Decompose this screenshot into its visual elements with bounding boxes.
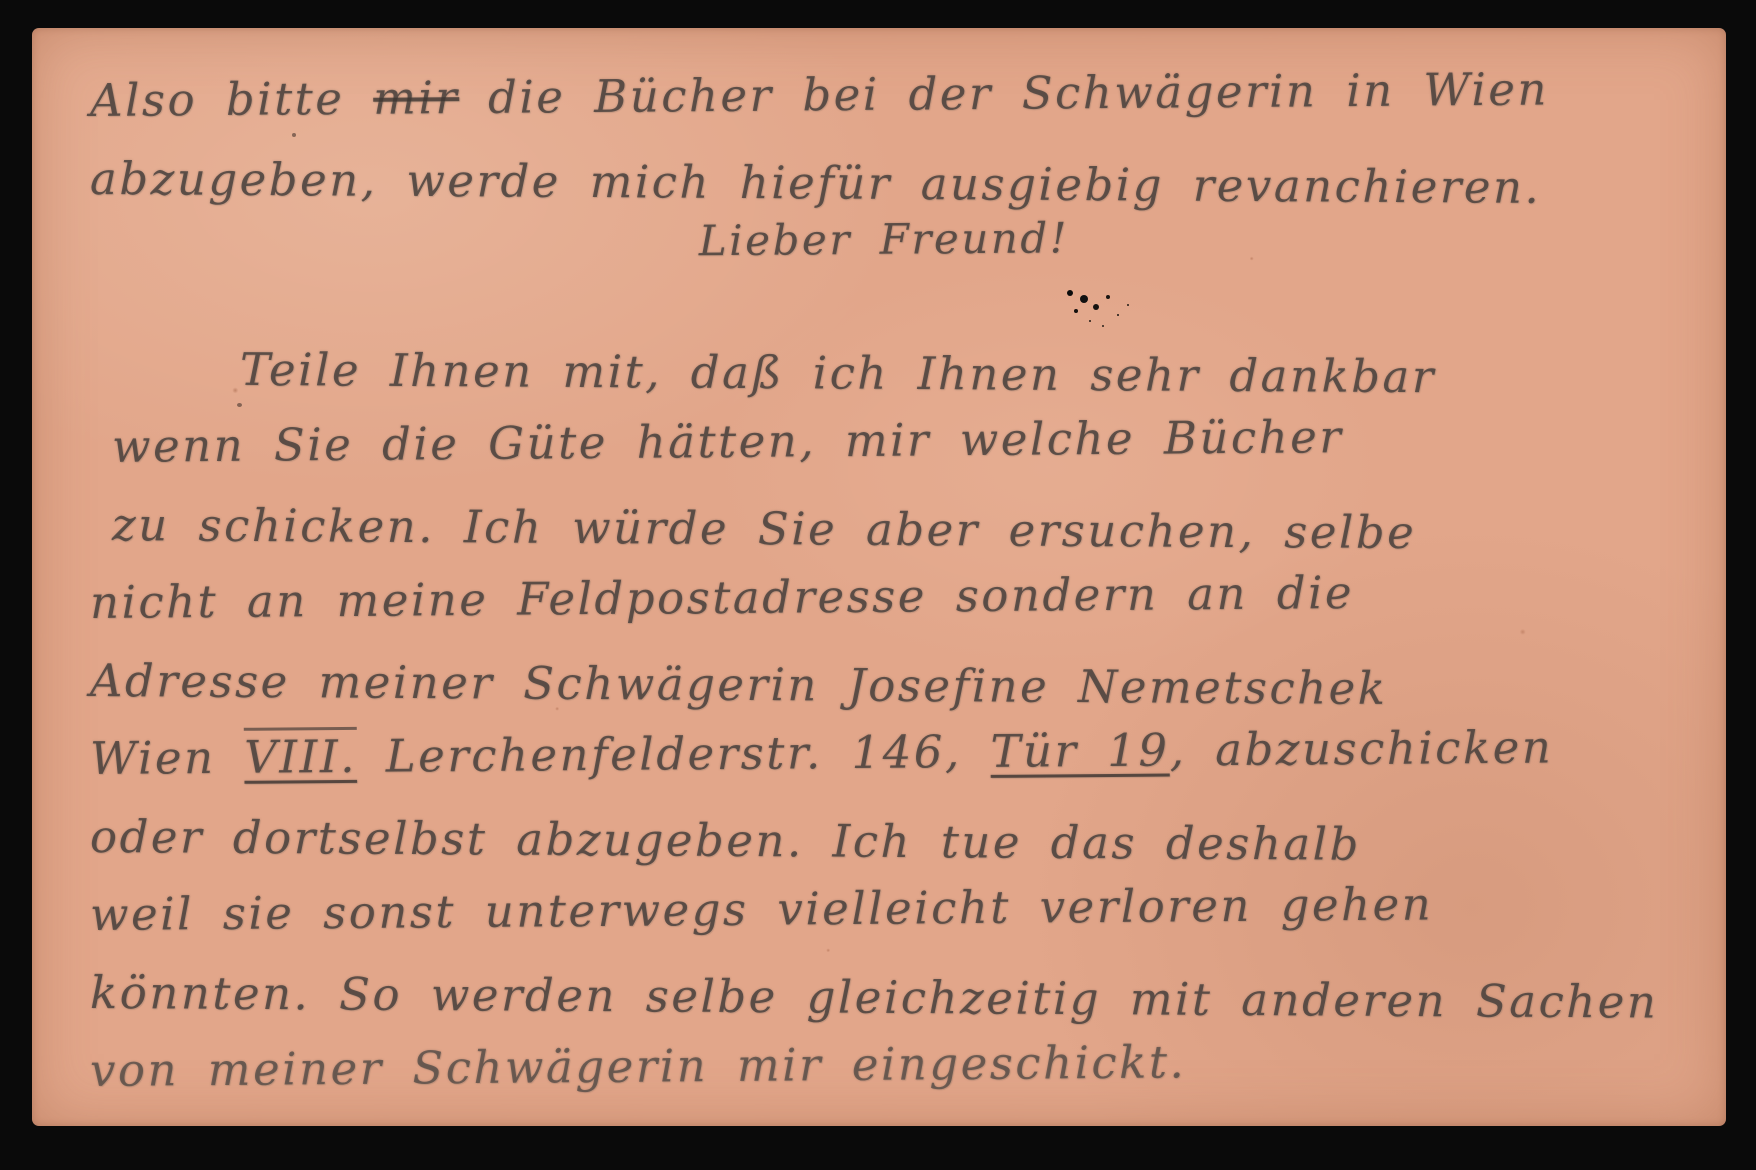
word-run: , abzuschicken xyxy=(1169,721,1553,777)
word-run: Adresse meiner Schwägerin Josefine Nemet… xyxy=(90,654,1388,715)
handwritten-line: von meiner Schwägerin mir eingeschickt. xyxy=(90,1020,1679,1110)
word-run: zu schicken. Ich würde Sie aber ersuchen… xyxy=(112,498,1417,559)
word-run: Also bitte xyxy=(90,72,374,127)
handwritten-line: nicht an meine Feldpostadresse sondern a… xyxy=(90,552,1679,642)
handwritten-line: Lieber Freund! xyxy=(90,206,1678,282)
word-run: Lieber Freund! xyxy=(699,213,1070,265)
underlined-word: VIII. xyxy=(244,727,357,784)
word-run: Teile Ihnen mit, daß ich Ihnen sehr dank… xyxy=(240,343,1436,403)
word-run: Wien xyxy=(90,731,245,785)
word-run: abzugeben, werde mich hiefür ausgiebig r… xyxy=(90,152,1542,214)
underlined-word: Tür 19 xyxy=(990,724,1169,778)
struck-word: mir xyxy=(373,71,459,125)
handwritten-text: Also bitte mir die Bücher bei der Schwäg… xyxy=(90,62,1678,1106)
handwritten-line: weil sie sonst unterwegs vielleicht verl… xyxy=(90,864,1679,954)
word-run: von meiner Schwägerin mir eingeschickt. xyxy=(90,1035,1187,1097)
handwritten-line: wenn Sie die Güte hätten, mir welche Büc… xyxy=(90,396,1679,486)
postcard: Also bitte mir die Bücher bei der Schwäg… xyxy=(32,28,1726,1126)
word-run: die Bücher bei der Schwägerin in Wien xyxy=(459,63,1549,125)
word-run: wenn Sie die Güte hätten, mir welche Büc… xyxy=(112,410,1344,473)
word-run: weil sie sonst unterwegs vielleicht verl… xyxy=(90,877,1434,941)
word-run: Lerchenfelderstr. 146, xyxy=(357,725,991,783)
handwritten-line: Wien VIII. Lerchenfelderstr. 146, Tür 19… xyxy=(90,708,1679,798)
word-run: nicht an meine Feldpostadresse sondern a… xyxy=(90,566,1354,629)
word-run: oder dortselbst abzugeben. Ich tue das d… xyxy=(90,810,1361,871)
word-run: könnten. So werden selbe gleichzeitig mi… xyxy=(90,966,1659,1029)
photo-background: Also bitte mir die Bücher bei der Schwäg… xyxy=(0,0,1756,1170)
handwritten-line: Also bitte mir die Bücher bei der Schwäg… xyxy=(90,50,1679,140)
